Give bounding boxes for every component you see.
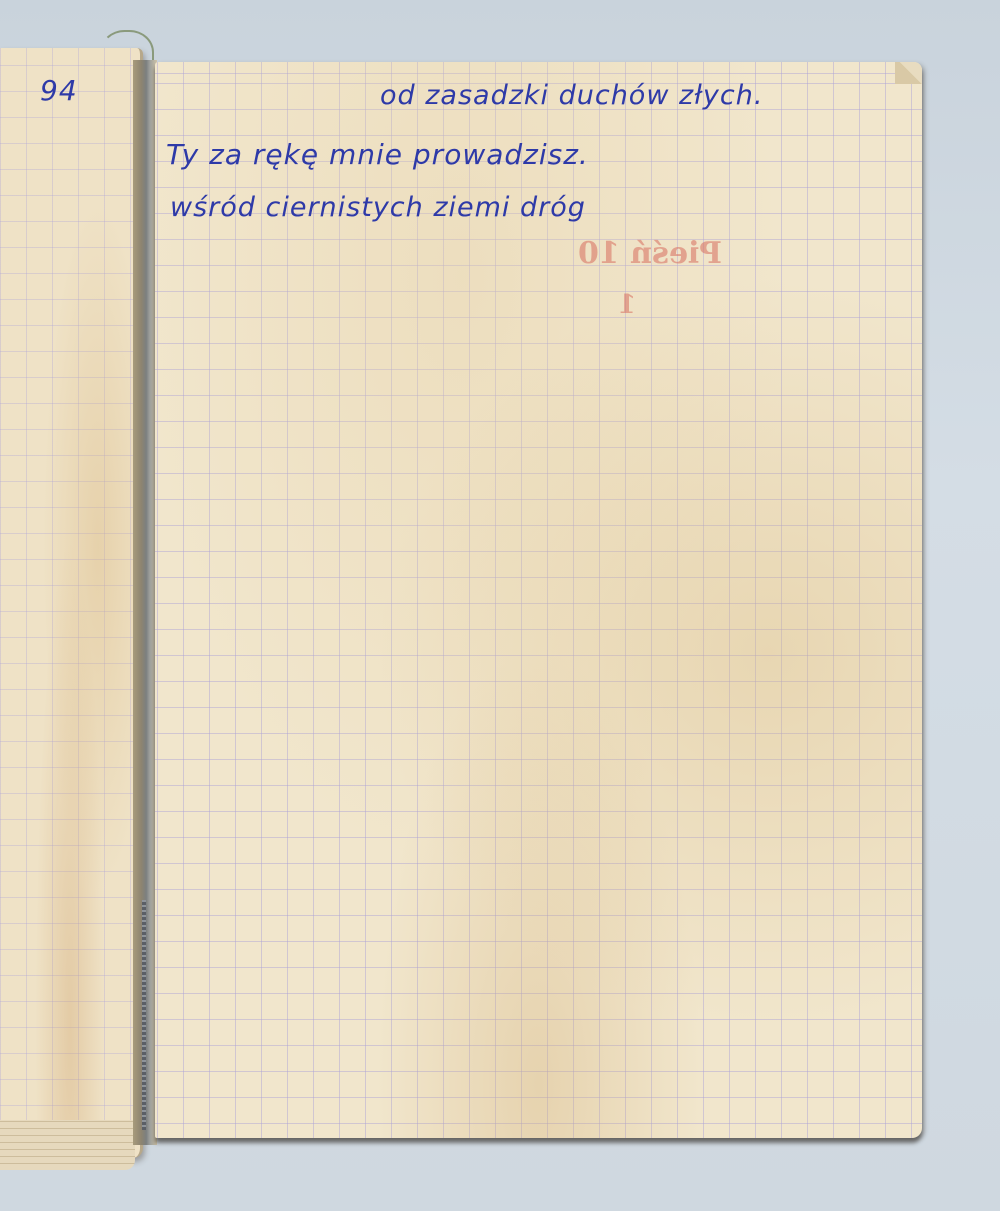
handwritten-line-3: wśród ciernistych ziemi dróg (170, 192, 586, 223)
bleed-through-verse-number: 1 (618, 290, 636, 320)
left-page-stack-edges (0, 1120, 135, 1170)
spine-stitching (142, 900, 146, 1130)
left-page (0, 48, 143, 1158)
page-number: 94 (40, 74, 78, 107)
page-corner-fold (895, 62, 922, 84)
right-page (155, 62, 922, 1138)
handwritten-line-2: Ty za rękę mnie prowadzisz. (166, 138, 589, 171)
handwritten-line-1: od zasadzki duchów złych. (380, 80, 763, 111)
bleed-through-song-title: Pieśń 10 (578, 236, 722, 271)
